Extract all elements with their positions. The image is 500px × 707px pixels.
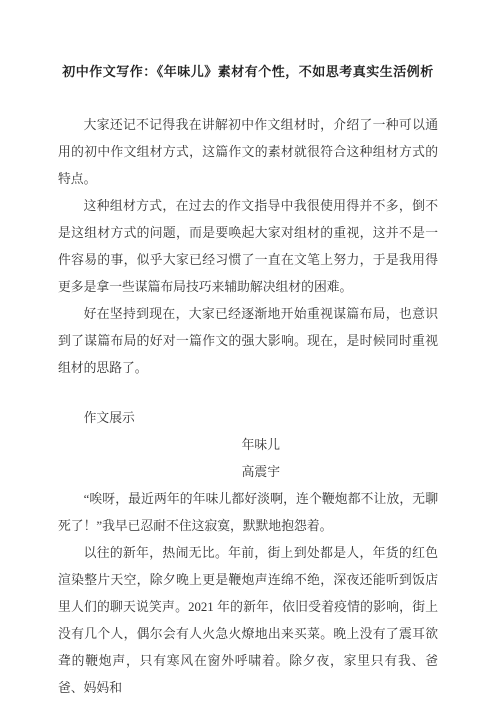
intro-paragraph-1: 大家还记不记得我在讲解初中作文组材时，介绍了一种可以通用的初中作文组材方式，这篇… [58,112,438,193]
intro-paragraph-2: 这种组材方式，在过去的作文指导中我很使用得并不多，倒不是这组材方式的问题，而是要… [58,193,438,301]
section-label: 作文展示 [58,405,438,432]
essay-title: 年味儿 [58,432,438,459]
document-page: 初中作文写作：《年味儿》素材有个性，不如思考真实生活例析 大家还记不记得我在讲解… [0,0,500,707]
article-title: 初中作文写作：《年味儿》素材有个性，不如思考真实生活例析 [58,58,438,85]
essay-paragraph-2: 以往的新年，热闹无比。年前，街上到处都是人，年货的红色渲染整片天空，除夕晚上更是… [58,540,438,702]
essay-paragraph-1: “唉呀，最近两年的年味儿都好淡啊，连个鞭炮都不让放，无聊死了！”我早已忍耐不住这… [58,486,438,540]
intro-paragraph-3: 好在坚持到现在，大家已经逐渐地开始重视谋篇布局，也意识到了谋篇布局的好对一篇作文… [58,301,438,382]
essay-author: 高震宇 [58,459,438,486]
